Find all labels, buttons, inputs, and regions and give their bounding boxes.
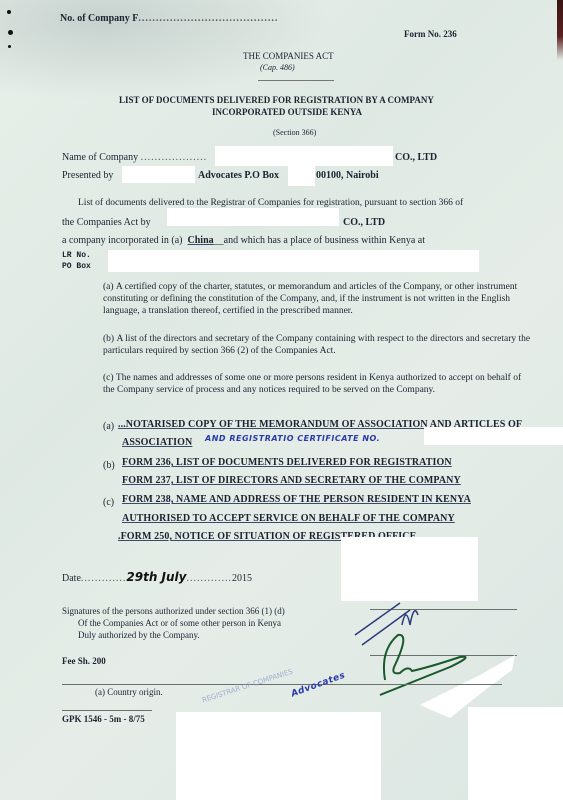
fee-divider xyxy=(62,684,502,685)
company-suffix: CO., LTD xyxy=(395,152,437,163)
requirement-c: (c) The names and addresses of some one … xyxy=(103,372,533,396)
page-edge xyxy=(557,0,563,60)
redacted-bottom-center xyxy=(176,712,381,800)
company-no-label: No. of Company F........................… xyxy=(60,13,278,24)
presented-by-postal: 00100, Nairobi xyxy=(316,170,379,181)
act-title: THE COMPANIES ACT xyxy=(243,51,334,61)
requirement-b: (b) A list of the directors and secretar… xyxy=(103,333,533,357)
delivered-b-marker: (b) xyxy=(103,460,115,471)
fee-label: Fee Sh. 200 xyxy=(62,656,106,666)
signatures-line1: Signatures of the persons authorized und… xyxy=(62,606,285,616)
binding-dot xyxy=(8,45,11,48)
delivered-c-line1: FORM 238, NAME AND ADDRESS OF THE PERSON… xyxy=(122,494,471,505)
delivered-c-marker: (c) xyxy=(103,497,114,508)
redacted-address xyxy=(108,250,479,272)
presented-by-text: Advocates P.O Box xyxy=(198,170,279,181)
title-divider xyxy=(258,80,334,81)
redacted-presenter xyxy=(122,166,195,183)
handwritten-initials: Advocates xyxy=(290,671,347,700)
binding-dot xyxy=(7,10,11,14)
doc-title-line1: LIST OF DOCUMENTS DELIVERED FOR REGISTRA… xyxy=(119,95,434,105)
footer-short-rule xyxy=(62,710,152,711)
handwritten-date: 29th July xyxy=(126,570,186,584)
delivered-a-marker: (a) xyxy=(103,421,114,432)
delivered-c-line2: AUTHORISED TO ACCEPT SERVICE ON BEHALF O… xyxy=(122,513,455,524)
delivered-a-line2: ASSOCIATION xyxy=(122,437,192,448)
registrar-stamp: REGISTRAR OF COMPANIES xyxy=(201,668,294,705)
intro-line2-suffix: CO., LTD xyxy=(343,217,385,228)
redacted-company-name-2 xyxy=(167,208,339,226)
presented-by-label: Presented by xyxy=(62,170,113,181)
po-box-label: PO Box xyxy=(62,262,91,271)
intro-line3: a company incorporated in (a) China__and… xyxy=(62,235,425,246)
date-label: Date.............29th July.............2… xyxy=(62,570,252,584)
country-origin: (a) Country origin. xyxy=(95,687,163,697)
gpk-code: GPK 1546 - 5m - 8/75 xyxy=(62,714,145,724)
delivered-b-line1: FORM 236, LIST OF DOCUMENTS DELIVERED FO… xyxy=(122,457,452,468)
redacted-certificate-no xyxy=(424,427,563,445)
delivered-b-line2: FORM 237, LIST OF DIRECTORS AND SECRETAR… xyxy=(122,475,461,486)
lr-no-label: LR No. xyxy=(62,251,91,260)
requirement-a: (a) A certified copy of the charter, sta… xyxy=(103,281,533,317)
signatures-line3: Duly authorized by the Company. xyxy=(78,630,200,640)
intro-line1: List of documents delivered to the Regis… xyxy=(78,198,463,208)
handwritten-registration-note: AND REGISTRATIO CERTIFICATE NO. xyxy=(205,434,380,443)
redacted-company-name xyxy=(215,146,393,166)
binding-dot xyxy=(8,30,13,35)
section-ref: (Section 366) xyxy=(273,128,316,137)
act-cap: (Cap. 486) xyxy=(260,63,295,72)
name-of-company-label: Name of Company ................... xyxy=(62,152,207,163)
doc-title-line2: INCORPORATED OUTSIDE KENYA xyxy=(212,107,362,117)
intro-line2-prefix: the Companies Act by xyxy=(62,217,151,228)
form-number: Form No. 236 xyxy=(404,29,457,39)
redacted-bottom-right xyxy=(468,707,563,800)
signatures-line2: Of the Companies Act or of some other pe… xyxy=(78,618,281,628)
redacted-po-box xyxy=(288,166,315,186)
redacted-block-right xyxy=(341,537,478,601)
